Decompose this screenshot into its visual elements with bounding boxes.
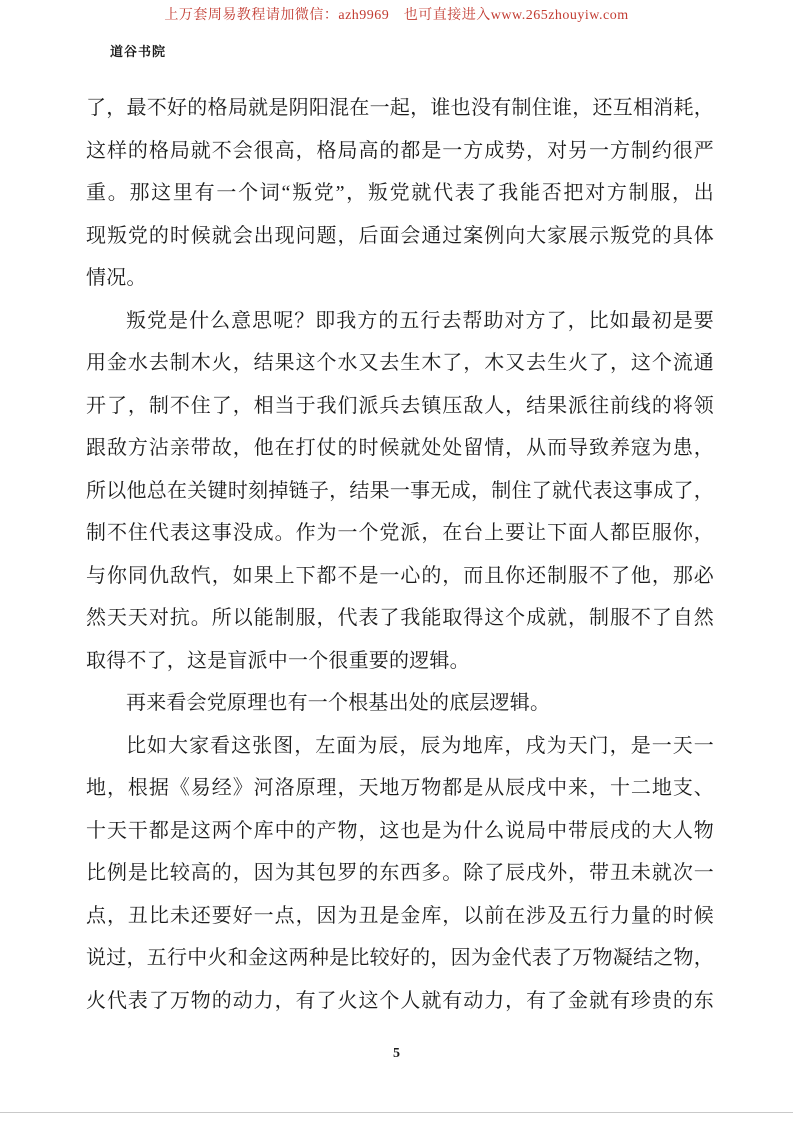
text-line: 了，最不好的格局就是阴阳混在一起，谁也没有制住谁，还互相消耗， (86, 87, 714, 130)
text-line: 现叛党的时候就会出现问题，后面会通过案例向大家展示叛党的具体 (86, 215, 714, 258)
brand-label: 道谷书院 (110, 41, 166, 60)
header-promo-text: 上万套周易教程请加微信：azh9969 也可直接进入www.265zhouyiw… (0, 4, 793, 24)
text-line: 再来看会党原理也有一个根基出处的底层逻辑。 (86, 682, 714, 725)
text-line: 点，丑比未还要好一点，因为丑是金库，以前在涉及五行力量的时候 (86, 895, 714, 938)
text-line: 说过，五行中火和金这两种是比较好的，因为金代表了万物凝结之物， (86, 937, 714, 980)
text-line: 跟敌方沾亲带故，他在打仗的时候就处处留情，从而导致养寇为患， (86, 427, 714, 470)
text-line: 比例是比较高的，因为其包罗的东西多。除了辰戌外，带丑未就次一 (86, 852, 714, 895)
text-line: 然天天对抗。所以能制服，代表了我能取得这个成就，制服不了自然 (86, 597, 714, 640)
text-line: 制不住代表这事没成。作为一个党派，在台上要让下面人都臣服你， (86, 512, 714, 555)
text-line: 所以他总在关键时刻掉链子，结果一事无成，制住了就代表这事成了， (86, 470, 714, 513)
text-line: 重。那这里有一个词“叛党”，叛党就代表了我能否把对方制服，出 (86, 172, 714, 215)
footer-divider-line (0, 1112, 793, 1113)
document-page: 上万套周易教程请加微信：azh9969 也可直接进入www.265zhouyiw… (0, 0, 793, 1121)
text-line: 叛党是什么意思呢？即我方的五行去帮助对方了，比如最初是要 (86, 300, 714, 343)
text-line: 十天干都是这两个库中的产物，这也是为什么说局中带辰戌的大人物 (86, 810, 714, 853)
page-number: 5 (0, 1046, 793, 1062)
text-line: 开了，制不住了，相当于我们派兵去镇压敌人，结果派往前线的将领 (86, 385, 714, 428)
document-body: 了，最不好的格局就是阴阳混在一起，谁也没有制住谁，还互相消耗，这样的格局就不会很… (86, 87, 714, 1022)
text-line: 与你同仇敌忾，如果上下都不是一心的，而且你还制服不了他，那必 (86, 555, 714, 598)
text-line: 地，根据《易经》河洛原理，天地万物都是从辰戌中来，十二地支、 (86, 767, 714, 810)
text-line: 比如大家看这张图，左面为辰，辰为地库，戌为天门，是一天一 (86, 725, 714, 768)
text-line: 用金水去制木火，结果这个水又去生木了，木又去生火了，这个流通 (86, 342, 714, 385)
text-line: 取得不了，这是盲派中一个很重要的逻辑。 (86, 640, 714, 683)
text-line: 火代表了万物的动力，有了火这个人就有动力，有了金就有珍贵的东 (86, 980, 714, 1023)
text-line: 情况。 (86, 257, 714, 300)
text-line: 这样的格局就不会很高，格局高的都是一方成势，对另一方制约很严 (86, 130, 714, 173)
